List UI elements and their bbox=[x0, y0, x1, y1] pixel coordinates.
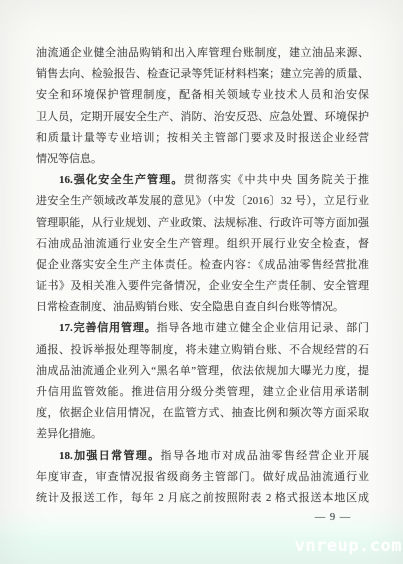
text-line: 卫人员，定期开展安全生产、消防、治安反恐、应急处置、环境保护 bbox=[36, 107, 369, 128]
text-line: 度，依据企业信用情况，在监管方式、抽查比例和频次等方面采取 bbox=[36, 403, 369, 424]
document-body: 油流通企业健全油品购销和出入库管理台账制度，建立油品来源、 销售去向、检验报告、… bbox=[36, 43, 369, 509]
text-line: 销售去向、检验报告、检查记录等凭证材料档案；建立完善的质量、 bbox=[36, 64, 369, 85]
text-line: 日常检查制度、油品购销台账、安全隐患自查自纠台账等情况。 bbox=[36, 297, 369, 318]
site-watermark: vnreup.com bbox=[295, 536, 402, 556]
section-17-heading-line: 17.完善信用管理。指导各地市建立健全企业信用记录、部门 bbox=[36, 318, 369, 339]
text-line: 升信用监管效能。推进信用分级分类管理，建立企业信用承诺制 bbox=[36, 382, 369, 403]
text-line: 油成品油流通企业列入“黑名单”管理，依法依规加大曝光力度，提 bbox=[36, 361, 369, 382]
text-line: 证书》及相关准入要件完备情况，企业安全生产责任制、安全管理 bbox=[36, 276, 369, 297]
text-line: 差异化措施。 bbox=[36, 424, 369, 445]
text-line: 促企业落实安全生产主体责任。检查内容：《成品油零售经营批准 bbox=[36, 255, 369, 276]
text-line: 石油成品油流通行业安全生产管理。组织开展行业安全检查，督 bbox=[36, 234, 369, 255]
text-line: 安全和环境保护管理制度，配备相关领域专业技术人员和治安保 bbox=[36, 85, 369, 106]
scanned-document-page: 油流通企业健全油品购销和出入库管理台账制度，建立油品来源、 销售去向、检验报告、… bbox=[0, 0, 403, 564]
page-number: — 9 — bbox=[305, 509, 361, 527]
text-line: 统计及报送工作，每年 2 月底之前按照附表 2 格式报送本地区成 bbox=[36, 488, 369, 509]
text-line: 管理职能，从行业规划、产业政策、法规标准、行政许可等方面加强 bbox=[36, 213, 369, 234]
text-line: 和质量计量等专业培训；按相关主管部门要求及时报送企业经营 bbox=[36, 128, 369, 149]
text-line: 通报、投诉举报处理等制度，将未建立购销台账、不合规经营的石 bbox=[36, 340, 369, 361]
text-line: 油流通企业健全油品购销和出入库管理台账制度，建立油品来源、 bbox=[36, 43, 369, 64]
text-line: 年度审查，审查情况报省级商务主管部门。做好成品油流通行业 bbox=[36, 467, 369, 488]
text-line: 情况等信息。 bbox=[36, 149, 369, 170]
section-18-heading-line: 18.加强日常管理。指导各地市对成品油零售经营企业开展 bbox=[36, 446, 369, 467]
section-16-heading-line: 16.强化安全生产管理。贯彻落实《中共中央 国务院关于推 bbox=[36, 170, 369, 191]
text-line: 进安全生产领域改革发展的意见》（中发〔2016〕32 号），立足行业 bbox=[36, 191, 369, 212]
